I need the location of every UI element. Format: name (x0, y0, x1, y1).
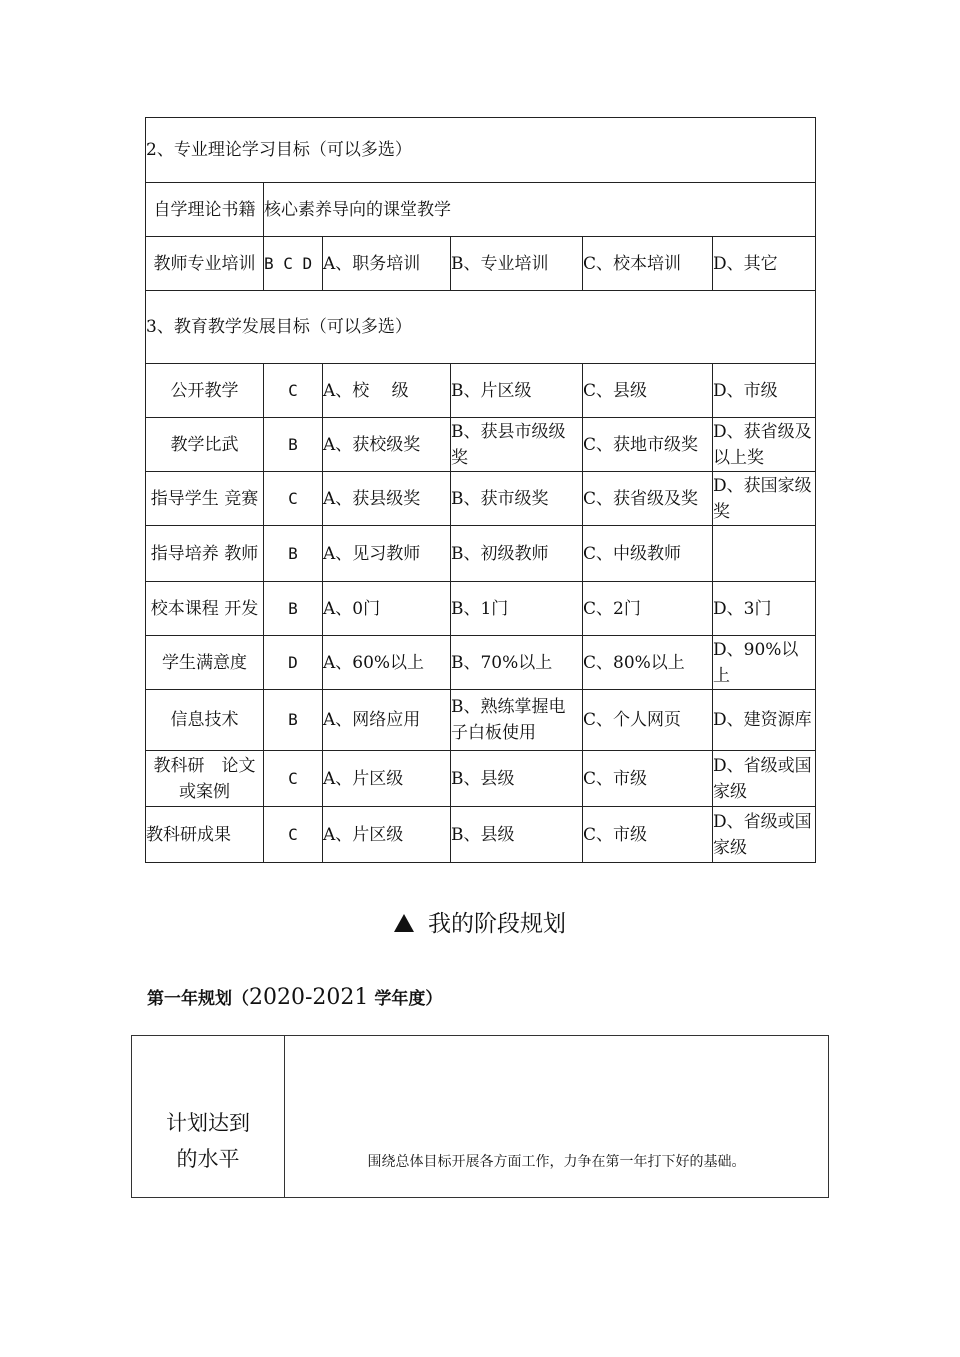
row-option-c: C、县级 (583, 364, 713, 418)
row-option-d: D、省级或国家级 (713, 751, 816, 807)
row-answer: D (264, 636, 323, 690)
row-label: 信息技术 (146, 690, 264, 751)
row-option-d: D、3门 (713, 582, 816, 636)
row-label: 教学比武 (146, 418, 264, 472)
training-option-b: B、专业培训 (451, 237, 583, 291)
triangle-icon (394, 914, 414, 932)
self-study-value: 核心素养导向的课堂教学 (264, 183, 816, 237)
plan-level-label-text: 计划达到的水平 (162, 1105, 254, 1177)
self-study-label: 自学理论书籍 (146, 183, 264, 237)
row-option-c: C、个人网页 (583, 690, 713, 751)
row-option-d: D、建资源库 (713, 690, 816, 751)
row-answer: C (264, 472, 323, 526)
training-option-a: A、职务培训 (323, 237, 451, 291)
row-option-c: C、市级 (583, 751, 713, 807)
row-option-c: C、获地市级奖 (583, 418, 713, 472)
row-option-b: B、县级 (451, 751, 583, 807)
table-row: 校本课程 开发 B A、0门 B、1门 C、2门 D、3门 (146, 582, 816, 636)
row-option-d: D、市级 (713, 364, 816, 418)
row-option-d: D、获国家级奖 (713, 472, 816, 526)
row-label: 学生满意度 (146, 636, 264, 690)
row-answer: B (264, 526, 323, 582)
year1-heading-years: 2020-2021 (249, 985, 368, 1010)
section-2-title: 2、专业理论学习目标（可以多选） (146, 118, 816, 183)
table-row: 教科研成果 C A、片区级 B、县级 C、市级 D、省级或国家级 (146, 807, 816, 863)
row-label: 指导学生 竞赛 (146, 472, 264, 526)
training-option-c: C、校本培训 (583, 237, 713, 291)
training-option-d: D、其它 (713, 237, 816, 291)
row-answer: C (264, 807, 323, 863)
goals-table: 2、专业理论学习目标（可以多选） 自学理论书籍 核心素养导向的课堂教学 教师专业… (145, 117, 816, 863)
year1-plan-table: 计划达到的水平 围绕总体目标开展各方面工作，力争在第一年打下好的基础。 (131, 1035, 829, 1198)
table-row: 指导学生 竞赛 C A、获县级奖 B、获市级奖 C、获省级及奖 D、获国家级奖 (146, 472, 816, 526)
row-option-d: D、90%以上 (713, 636, 816, 690)
row-option-b: B、70%以上 (451, 636, 583, 690)
row-option-c: C、获省级及奖 (583, 472, 713, 526)
row-option-a: A、片区级 (323, 807, 451, 863)
table-row: 公开教学 C A、校 级 B、片区级 C、县级 D、市级 (146, 364, 816, 418)
row-option-d (713, 526, 816, 582)
row-answer: C (264, 364, 323, 418)
row-option-c: C、中级教师 (583, 526, 713, 582)
row-option-d: D、获省级及以上奖 (713, 418, 816, 472)
row-answer: B (264, 582, 323, 636)
row-option-b: B、初级教师 (451, 526, 583, 582)
row-label: 指导培养 教师 (146, 526, 264, 582)
row-answer: B (264, 418, 323, 472)
row-option-a: A、0门 (323, 582, 451, 636)
table-row: 教学比武 B A、获校级奖 B、获县市级级奖 C、获地市级奖 D、获省级及以上奖 (146, 418, 816, 472)
row-option-a: A、校 级 (323, 364, 451, 418)
row-option-a: A、见习教师 (323, 526, 451, 582)
row-option-a: A、60%以上 (323, 636, 451, 690)
row-label: 校本课程 开发 (146, 582, 264, 636)
row-option-b: B、获市级奖 (451, 472, 583, 526)
stage-plan-title-text: 我的阶段规划 (428, 911, 566, 937)
row-option-c: C、80%以上 (583, 636, 713, 690)
year1-heading-prefix: 第一年规划（ (147, 989, 249, 1009)
row-option-b: B、熟练掌握电子白板使用 (451, 690, 583, 751)
table-row: 学生满意度 D A、60%以上 B、70%以上 C、80%以上 D、90%以上 (146, 636, 816, 690)
row-option-c: C、市级 (583, 807, 713, 863)
year1-heading: 第一年规划（2020-2021 学年度） (147, 984, 442, 1010)
year1-heading-suffix: 学年度） (368, 989, 442, 1009)
row-option-b: B、1门 (451, 582, 583, 636)
table-row: 教科研 论文或案例 C A、片区级 B、县级 C、市级 D、省级或国家级 (146, 751, 816, 807)
row-option-d: D、省级或国家级 (713, 807, 816, 863)
row-option-c: C、2门 (583, 582, 713, 636)
row-option-b: B、片区级 (451, 364, 583, 418)
training-label: 教师专业培训 (146, 237, 264, 291)
section-3-title: 3、教育教学发展目标（可以多选） (146, 291, 816, 364)
stage-plan-title: 我的阶段规划 (0, 905, 960, 938)
row-option-a: A、获校级奖 (323, 418, 451, 472)
training-answer: B C D (264, 237, 323, 291)
table-row: 指导培养 教师 B A、见习教师 B、初级教师 C、中级教师 (146, 526, 816, 582)
row-answer: B (264, 690, 323, 751)
plan-level-value: 围绕总体目标开展各方面工作，力争在第一年打下好的基础。 (285, 1036, 829, 1198)
plan-level-label: 计划达到的水平 (132, 1036, 285, 1198)
row-option-a: A、网络应用 (323, 690, 451, 751)
row-label: 教科研 论文或案例 (146, 751, 264, 807)
row-option-b: B、县级 (451, 807, 583, 863)
row-option-a: A、获县级奖 (323, 472, 451, 526)
row-option-a: A、片区级 (323, 751, 451, 807)
row-label: 公开教学 (146, 364, 264, 418)
row-answer: C (264, 751, 323, 807)
row-label: 教科研成果 (146, 807, 264, 863)
row-option-b: B、获县市级级奖 (451, 418, 583, 472)
table-row: 信息技术 B A、网络应用 B、熟练掌握电子白板使用 C、个人网页 D、建资源库 (146, 690, 816, 751)
